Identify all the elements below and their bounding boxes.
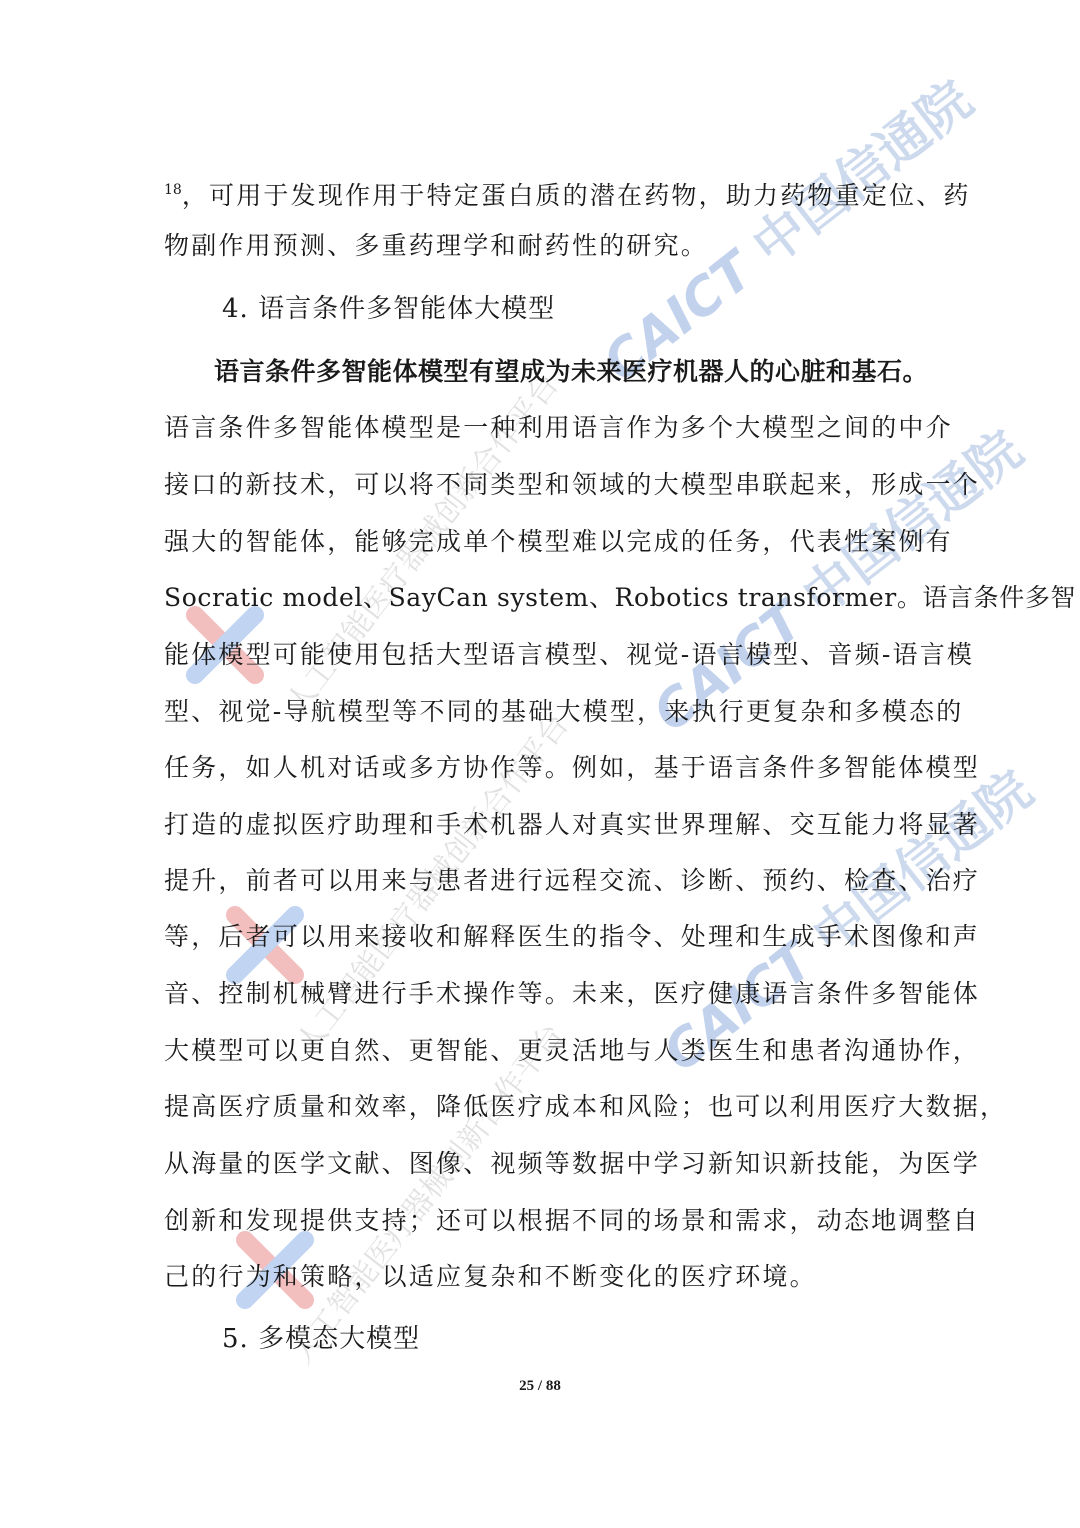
body-text-line: 语言条件多智能体模型是一种利用语言作为多个大模型之间的中介 <box>164 412 916 444</box>
body-text-line: 从海量的医学文献、图像、视频等数据中学习新知识新技能，为医学 <box>164 1148 916 1180</box>
body-text-line: 接口的新技术，可以将不同类型和领域的大模型串联起来，形成一个 <box>164 469 916 501</box>
body-text-line: 18，可用于发现作用于特定蛋白质的潜在药物，助力药物重定位、药 <box>164 174 916 212</box>
body-text-line: 创新和发现提供支持；还可以根据不同的场景和需求，动态地调整自 <box>164 1205 916 1237</box>
body-text-line: 打造的虚拟医疗助理和手术机器人对真实世界理解、交互能力将显著 <box>164 809 916 841</box>
page-number: 25 / 88 <box>0 1378 1080 1395</box>
body-text-line: 等，后者可以用来接收和解释医生的指令、处理和生成手术图像和声 <box>164 921 916 953</box>
body-text-line: 提高医疗质量和效率，降低医疗成本和风险；也可以利用医疗大数据， <box>164 1091 916 1123</box>
lead-sentence: 语言条件多智能体模型有望成为未来医疗机器人的心脏和基石。 <box>214 356 918 388</box>
section-heading: 4. 语言条件多智能体大模型 <box>222 292 555 326</box>
body-text-line: 任务，如人机对话或多方协作等。例如，基于语言条件多智能体模型 <box>164 752 916 784</box>
section-heading: 5. 多模态大模型 <box>222 1322 420 1356</box>
body-text-line: 型、视觉-导航模型等不同的基础大模型，来执行更复杂和多模态的 <box>164 696 916 728</box>
body-text-line: 提升，前者可以用来与患者进行远程交流、诊断、预约、检查、治疗 <box>164 865 916 897</box>
body-text-line: 物副作用预测、多重药理学和耐药性的研究。 <box>164 230 916 262</box>
body-text-line: 己的行为和策略，以适应复杂和不断变化的医疗环境。 <box>164 1261 916 1293</box>
body-text-line: 音、控制机械臂进行手术操作等。未来，医疗健康语言条件多智能体 <box>164 978 916 1010</box>
body-text-line: 大模型可以更自然、更智能、更灵活地与人类医生和患者沟通协作， <box>164 1035 916 1067</box>
caict-watermark: CAICT 中国信通院 <box>585 60 985 396</box>
citation-ref: 18 <box>164 182 182 198</box>
document-page: CAICT 中国信通院 CAICT 中国信通院 CAICT 中国信通院 人工智能… <box>0 0 1080 1528</box>
body-text-line: Socratic model、SayCan system、Robotics tr… <box>164 582 916 614</box>
body-text-line: 强大的智能体，能够完成单个模型难以完成的任务，代表性案例有 <box>164 526 916 558</box>
body-text-line: 能体模型可能使用包括大型语言模型、视觉-语言模型、音频-语言模 <box>164 639 916 671</box>
